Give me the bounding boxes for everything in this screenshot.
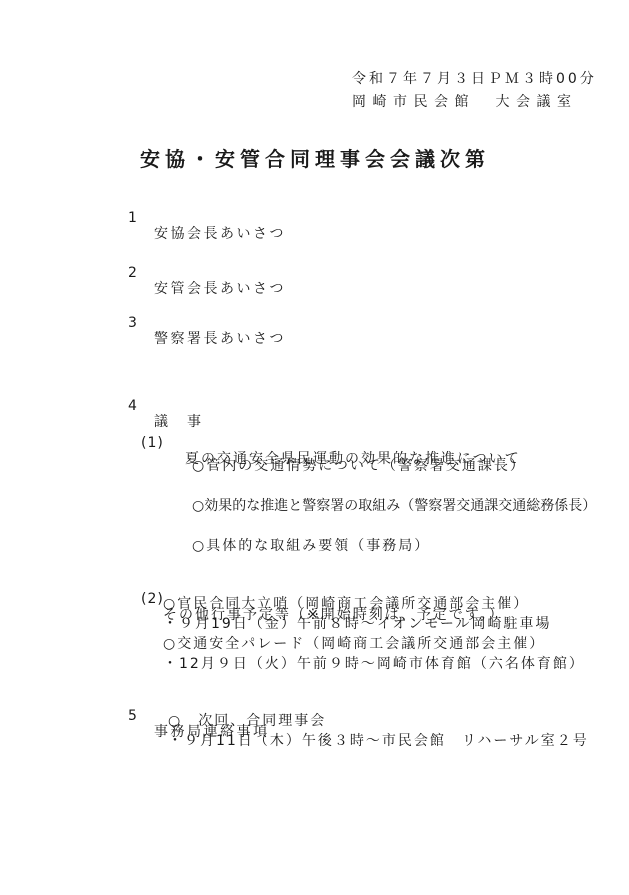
- item-label: 警察署長あいさつ: [154, 332, 286, 347]
- item-label: 安協会長あいさつ: [154, 227, 286, 242]
- subsection-label: (1): [141, 436, 164, 451]
- meeting-datetime: 令和７年７月３日ＰＭ３時00分: [352, 72, 597, 87]
- subsection-2-bullet-2: ・９月19日（金）午前８時～イオンモール岡崎駐車場: [163, 617, 552, 632]
- subsection-1-bullet-1: ○管内の交通情勢について（警察署交通課長）: [192, 459, 526, 474]
- subsection-label: (2): [141, 592, 164, 607]
- item-number: 2: [128, 266, 137, 281]
- item-number: 1: [128, 211, 137, 226]
- subsection-1-bullet-3: ○具体的な取組み要領（事務局）: [192, 539, 430, 554]
- agenda-subsection-1-header: (1) 夏の交通安全県民運動の効果的な推進について: [141, 421, 159, 483]
- secretariat-bullet-1: ○ 次回、合同理事会: [168, 714, 326, 729]
- agenda-item-1: 1 安協会長あいさつ: [128, 196, 146, 258]
- agenda-item-3: 3 警察署長あいさつ: [128, 301, 146, 363]
- agenda-item-5: 5 事務局連絡事項: [128, 694, 146, 756]
- subsection-2-bullet-1: ○官民合同大立哨（岡崎商工会議所交通部会主催）: [163, 597, 529, 612]
- item-number: 3: [128, 316, 137, 331]
- subsection-2-bullet-4: ・12月９日（火）午前９時～岡崎市体育館（六名体育館）: [163, 657, 585, 672]
- item-label: 安管会長あいさつ: [154, 282, 286, 297]
- secretariat-bullet-2: ・９月11日（木）午後３時～市民会館 リハーサル室２号: [168, 734, 589, 749]
- subsection-1-bullet-2: ○効果的な推進と警察署の取組み（警察署交通課交通総務係長）: [192, 499, 596, 514]
- item-number: 5: [128, 709, 137, 724]
- agenda-subsection-2-header: (2) その他行事予定等（※開始時刻は、予定です。）: [141, 577, 159, 639]
- item-number: 4: [128, 399, 137, 414]
- agenda-document-page: 令和７年７月３日ＰＭ３時00分 岡崎市民会館 大会議室 安協・安管合同理事会会議…: [0, 0, 629, 895]
- meeting-venue: 岡崎市民会館 大会議室: [352, 95, 578, 110]
- subsection-2-bullet-3: ○交通安全パレード（岡崎商工会議所交通部会主催）: [163, 637, 545, 652]
- item-label: 議 事: [154, 415, 204, 430]
- document-title: 安協・安管合同理事会会議次第: [140, 148, 490, 170]
